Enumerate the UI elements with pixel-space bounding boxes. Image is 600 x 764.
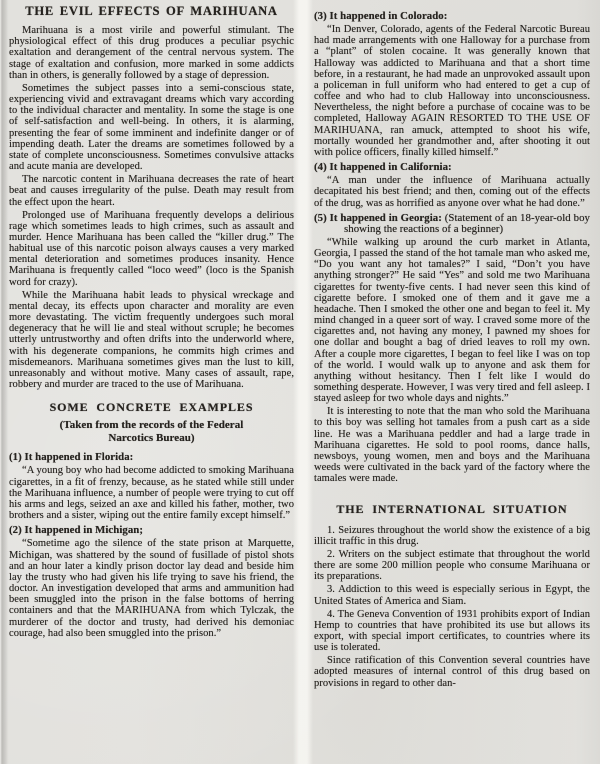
international-point-1: 1. Seizures throughout the world show th… xyxy=(314,525,590,547)
paragraph-effects-1: Marihuana is a most virile and powerful … xyxy=(9,25,294,81)
case-heading-colorado: (3) It happened in Colorado: xyxy=(314,11,590,22)
case-body-california: “A man under the influence of Marihuana … xyxy=(314,175,590,208)
international-point-4: 4. The Geneva Convention of 1931 prohibi… xyxy=(314,609,590,654)
column-gutter xyxy=(293,0,313,764)
closing-paragraph: Since ratification of this Convention se… xyxy=(314,655,590,688)
case-body-florida: “A young boy who had become addicted to … xyxy=(9,465,294,521)
international-point-3: 3. Addiction to this weed is especially … xyxy=(314,584,590,606)
scanned-document-page: THE EVIL EFFECTS OF MARIHUANA Marihuana … xyxy=(0,0,600,764)
right-column: (3) It happened in Colorado: “In Denver,… xyxy=(314,7,590,691)
section-heading-international: THE INTERNATIONAL SITUATION xyxy=(314,504,590,515)
paragraph-effects-4: Prolonged use of Marihuana frequently de… xyxy=(9,210,294,288)
paragraph-tamale-peddler: It is interesting to note that the man w… xyxy=(314,406,590,484)
article-title: THE EVIL EFFECTS OF MARIHUANA xyxy=(9,6,294,17)
case-heading-florida: (1) It happened in Florida: xyxy=(9,452,294,463)
case-heading-michigan: (2) It happened in Michigan; xyxy=(9,525,294,536)
paragraph-effects-5: While the Marihuana habit leads to physi… xyxy=(9,290,294,390)
left-column: THE EVIL EFFECTS OF MARIHUANA Marihuana … xyxy=(9,5,294,641)
section-heading-examples: SOME CONCRETE EXAMPLES xyxy=(9,402,294,413)
paragraph-effects-2: Sometimes the subject passes into a semi… xyxy=(9,83,294,172)
paragraph-effects-3: The narcotic content in Marihuana decrea… xyxy=(9,174,294,207)
case-body-colorado: “In Denver, Colorado, agents of the Fede… xyxy=(314,24,590,158)
international-point-2: 2. Writers on the subject estimate that … xyxy=(314,549,590,582)
case-body-georgia: “While walking up around the curb market… xyxy=(314,237,590,404)
scan-edge-shadow xyxy=(0,0,8,764)
case-body-michigan: “Sometime ago the silence of the state p… xyxy=(9,538,294,638)
section-subheading-examples: (Taken from the records of the Federal N… xyxy=(9,419,294,445)
case-heading-georgia: (5) It happened in Georgia: (Statement o… xyxy=(314,213,590,235)
case-heading-california: (4) It happened in California: xyxy=(314,162,590,173)
